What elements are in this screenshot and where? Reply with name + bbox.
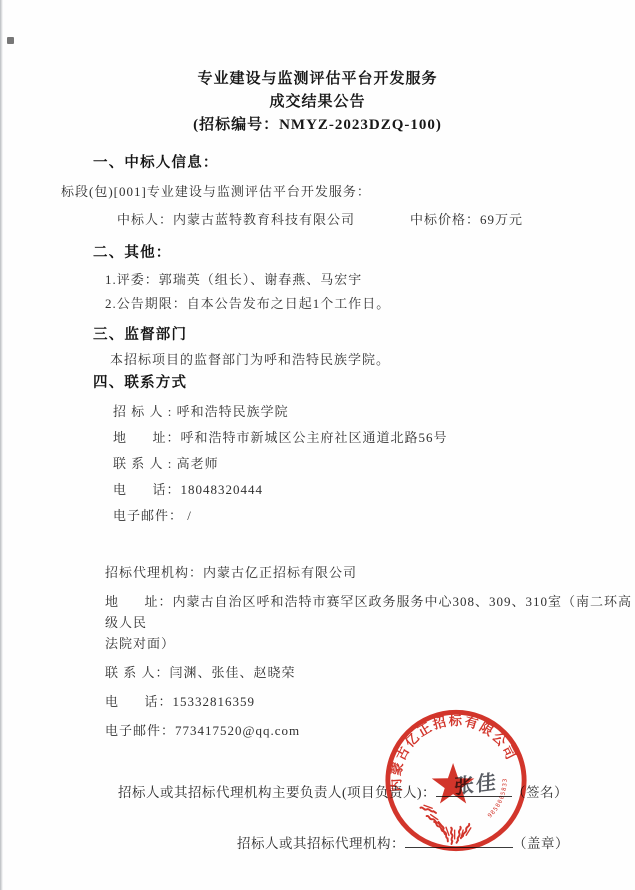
agent-contact-block: 招标代理机构：内蒙古亿正招标有限公司 地 址：内蒙古自治区呼和浩特市赛罕区政务服… (0, 562, 635, 741)
document-title-line1: 专业建设与监测评估平台开发服务 (0, 68, 635, 91)
seal-serial-number: 9858005833 (487, 778, 508, 820)
evaluation-committee-line: 1.评委：郭瑞英（组长）、谢春燕、马宏宇 (105, 271, 635, 289)
winner-name: 中标人：内蒙古蓝特教育科技有限公司 (117, 212, 355, 227)
lot-line: 标段(包)[001]专业建设与监测评估平台开发服务： (61, 183, 635, 201)
tenderer-contact-block: 招 标 人 : 呼和浩特民族学院 地 址：呼和浩特市新城区公主府社区通道北路56… (0, 403, 635, 525)
scan-artifact-speck (7, 37, 14, 44)
signature-line2-label: 招标人或其招标代理机构： (237, 836, 405, 851)
document-page: 专业建设与监测评估平台开发服务 成交结果公告 (招标编号：NMYZ-2023DZ… (0, 0, 635, 890)
agent-phone-row: 电 话：15332816359 (105, 691, 635, 712)
announcement-period-line: 2.公告期限：自本公告发布之日起1个工作日。 (105, 295, 635, 313)
agent-contact-person-row: 联 系 人：闫渊、张佳、赵晓荣 (105, 662, 635, 683)
scan-edge-shadow (0, 0, 3, 890)
winner-row: 中标人：内蒙古蓝特教育科技有限公司中标价格：69万元 (117, 211, 635, 229)
section-heading-supervision: 三、监督部门 (93, 325, 635, 345)
document-bid-number: (招标编号：NMYZ-2023DZQ-100) (0, 114, 635, 137)
document-title-line2: 成交结果公告 (0, 91, 635, 114)
supervision-body: 本招标项目的监督部门为呼和浩特民族学院。 (110, 351, 635, 369)
tenderer-phone-row: 电 话：18048320444 (113, 481, 635, 499)
tenderer-name-row: 招 标 人 : 呼和浩特民族学院 (113, 403, 635, 421)
seal-star-icon (432, 763, 475, 803)
agent-address-row: 地 址：内蒙古自治区呼和浩特市赛罕区政务服务中心308、309、310室（南二环… (105, 591, 635, 654)
agent-name-row: 招标代理机构：内蒙古亿正招标有限公司 (105, 562, 635, 583)
winner-price: 中标价格：69万元 (410, 212, 523, 227)
signature-line-responsible-person: 招标人或其招标代理机构主要负责人(项目负责人)：（签名）张佳 (118, 783, 635, 802)
tenderer-contact-person-row: 联 系 人 : 高老师 (113, 455, 635, 473)
tenderer-address-row: 地 址：呼和浩特市新城区公主府社区通道北路56号 (113, 429, 635, 447)
section-heading-contact: 四、联系方式 (93, 373, 635, 393)
official-company-seal: 内蒙古亿正招标有限公司 9858005833 (383, 706, 529, 855)
section-heading-other: 二、其他： (93, 243, 635, 263)
section-heading-winner-info: 一、中标人信息： (93, 153, 635, 173)
seal-mongolian-script (420, 804, 472, 844)
tenderer-email-row: 电子邮件： / (113, 507, 635, 525)
agent-email-row: 电子邮件：773417520@qq.com (105, 720, 635, 741)
